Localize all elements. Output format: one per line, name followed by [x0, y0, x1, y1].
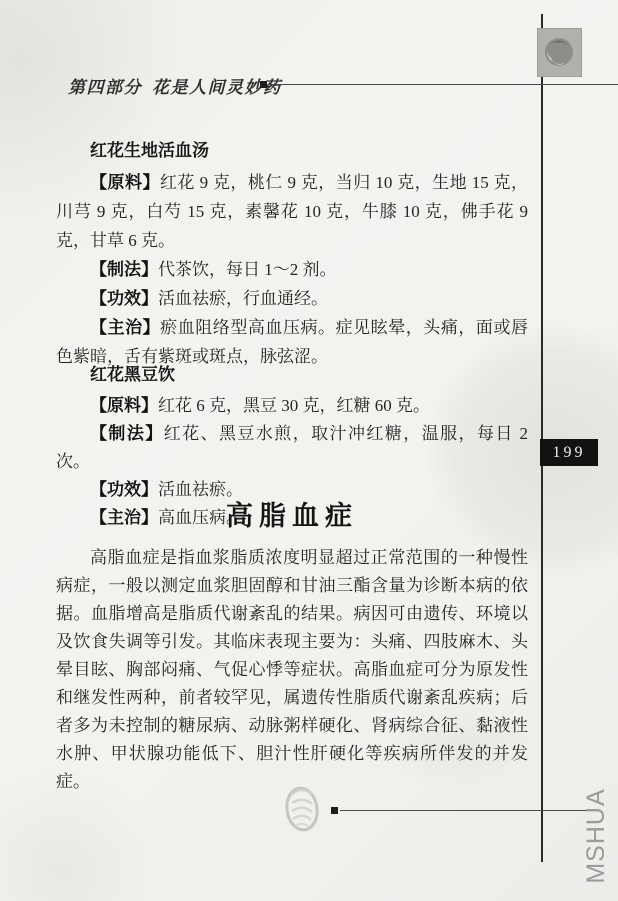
recipe-ingredients: 【原料】红花 6 克，黑豆 30 克，红糖 60 克。 — [56, 392, 528, 420]
recipe-title: 红花黑豆饮 — [90, 360, 528, 385]
flower-bud-icon — [281, 783, 323, 835]
recipe-block-honghua-shengdi: 红花生地活血汤 【原料】红花 9 克，桃仁 9 克，当归 10 克，生地 15 … — [56, 136, 528, 371]
page-number: 199 — [553, 444, 586, 462]
recipe-method: 【制法】代茶饮，每日 1～2 剂。 — [56, 255, 528, 284]
header-rule — [269, 84, 618, 85]
method-label: 【制法】 — [90, 260, 158, 279]
footer-rule — [340, 810, 592, 811]
recipe-effect: 【功效】活血祛瘀，行血通经。 — [56, 284, 528, 313]
recipe-title: 红花生地活血汤 — [90, 136, 528, 161]
footer-bullet-square — [331, 807, 338, 814]
indication-label: 【主治】 — [90, 318, 160, 337]
ingredients-text: 红花 6 克，黑豆 30 克，红糖 60 克。 — [158, 396, 430, 415]
header-bullet-square — [260, 81, 267, 88]
running-header: 第四部分花是人间灵妙药 — [68, 73, 282, 98]
ingredients-label: 【原料】 — [90, 396, 158, 415]
section-body-paragraph: 高脂血症是指血浆脂质浓度明显超过正常范围的一种慢性病症，一般以测定血浆胆固醇和甘… — [56, 544, 528, 796]
recipe-method: 【制法】红花、黑豆水煎，取汁冲红糖，温服，每日 2 次。 — [56, 420, 528, 476]
publisher-swirl-icon — [537, 28, 582, 77]
recipe-ingredients: 【原料】红花 9 克，桃仁 9 克，当归 10 克，生地 15 克，川芎 9 克… — [56, 168, 528, 255]
mshua-watermark: MSHUA — [582, 781, 610, 891]
hyperlipidemia-section: 高脂血症 高脂血症是指血浆脂质浓度明显超过正常范围的一种慢性病症，一般以测定血浆… — [56, 494, 528, 796]
section-heading: 高脂血症 — [56, 494, 528, 533]
scanned-book-page: 第四部分花是人间灵妙药 红花生地活血汤 【原料】红花 9 克，桃仁 9 克，当归… — [0, 0, 618, 901]
side-rule — [541, 14, 543, 862]
method-label: 【制法】 — [90, 424, 164, 443]
method-text: 代茶饮，每日 1～2 剂。 — [158, 260, 337, 279]
part-label: 第四部分 — [68, 78, 142, 97]
effect-label: 【功效】 — [90, 289, 158, 308]
ingredients-label: 【原料】 — [90, 173, 160, 192]
effect-text: 活血祛瘀，行血通经。 — [158, 289, 328, 308]
page-number-badge: 199 — [540, 439, 598, 466]
